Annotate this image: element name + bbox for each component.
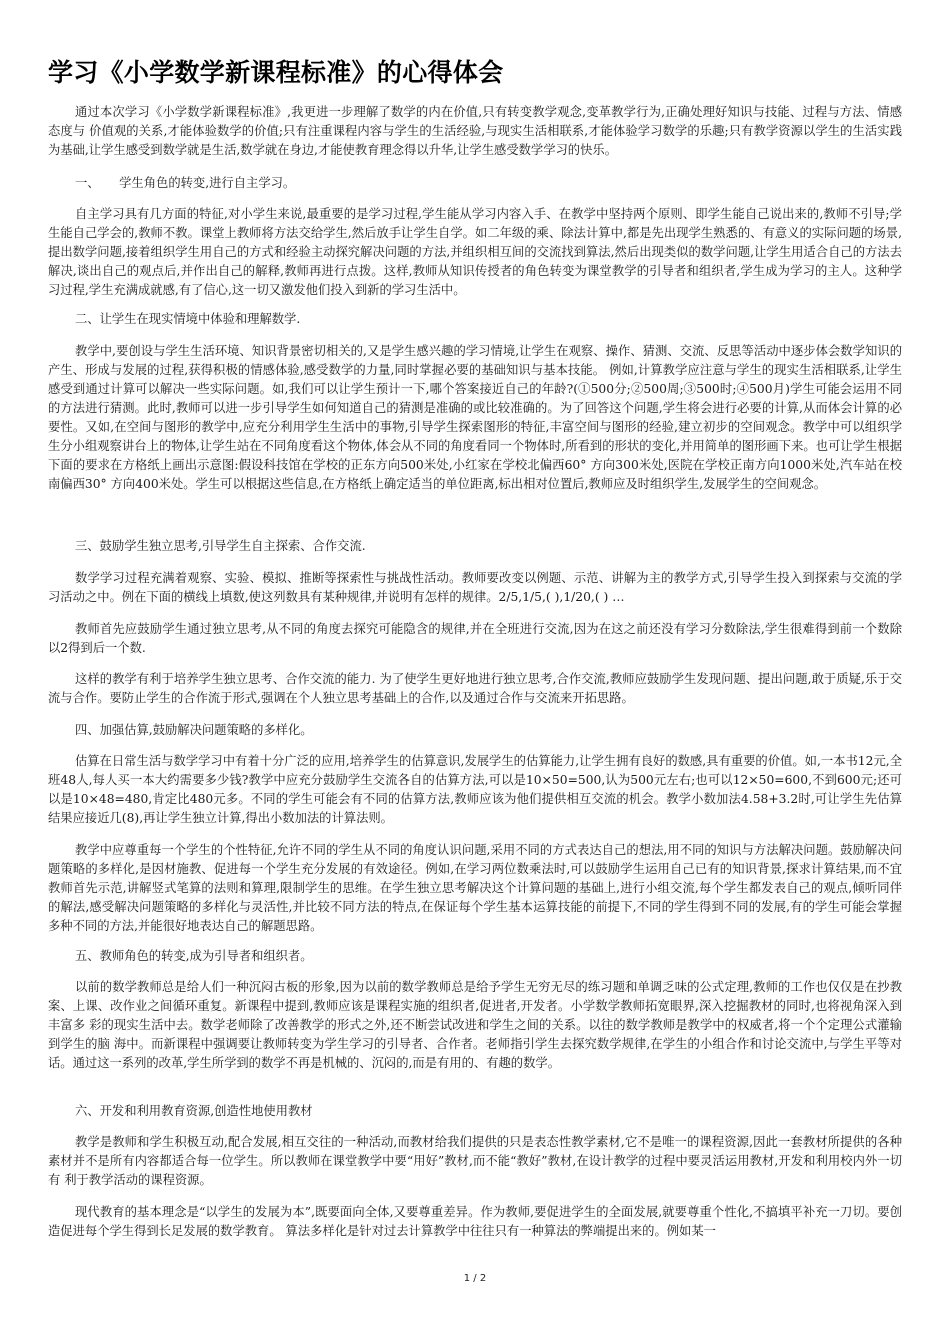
paragraph-section-5: 以前的数学教师总是给人们一种沉闷古板的形象,因为以前的数学教师总是给予学生无穷无… (48, 978, 902, 1073)
section-heading-2: 二、让学生在现实情境中体验和理解数学. (75, 310, 300, 329)
paragraph-section-6-a: 教学是教师和学生积极互动,配合发展,相互交往的一种活动,而教材给我们提供的只是表… (48, 1133, 902, 1190)
section-heading-6: 六、开发和利用教育资源,创造性地使用教材 (75, 1102, 313, 1121)
paragraph-section-3-a: 数学学习过程充满着观察、实验、模拟、推断等探索性与挑战性活动。教师要改变以例题、… (48, 569, 902, 607)
section-heading-5: 五、教师角色的转变,成为引导者和组织者。 (75, 947, 313, 966)
page-indicator: 1 / 2 (0, 1273, 950, 1284)
document-page: 学习《小学数学新课程标准》的心得体会 通过本次学习《小学数学新课程标准》,我更进… (0, 0, 950, 1344)
paragraph-section-6-b: 现代教育的基本理念是“以学生的发展为本”,既要面向全体,又要尊重差异。作为教师,… (48, 1203, 902, 1241)
paragraph-intro: 通过本次学习《小学数学新课程标准》,我更进一步理解了数学的内在价值,只有转变教学… (48, 103, 902, 160)
paragraph-section-3-c: 这样的教学有利于培养学生独立思考、合作交流的能力. 为了使学生更好地进行独立思考… (48, 670, 902, 708)
section-heading-3: 三、鼓励学生独立思考,引导学生自主探索、合作交流. (75, 537, 366, 556)
section-heading-4: 四、加强估算,鼓励解决问题策略的多样化。 (75, 721, 313, 740)
paragraph-section-4-b: 教学中应尊重每一个学生的个性特征,允许不同的学生从不同的角度认识问题,采用不同的… (48, 841, 902, 936)
paragraph-section-4-a: 估算在日常生活与数学学习中有着十分广泛的应用,培养学生的估算意识,发展学生的估算… (48, 752, 902, 828)
paragraph-section-3-b: 教师首先应鼓励学生通过独立思考,从不同的角度去探究可能隐含的规律,并在全班进行交… (48, 620, 902, 658)
paragraph-section-2: 教学中,要创设与学生生活环境、知识背景密切相关的,又是学生感兴趣的学习情境,让学… (48, 342, 902, 494)
section-heading-1: 一、 学生角色的转变,进行自主学习。 (75, 174, 295, 193)
paragraph-section-1: 自主学习具有几方面的特征,对小学生来说,最重要的是学习过程,学生能从学习内容入手… (48, 205, 902, 300)
document-title: 学习《小学数学新课程标准》的心得体会 (48, 57, 503, 89)
